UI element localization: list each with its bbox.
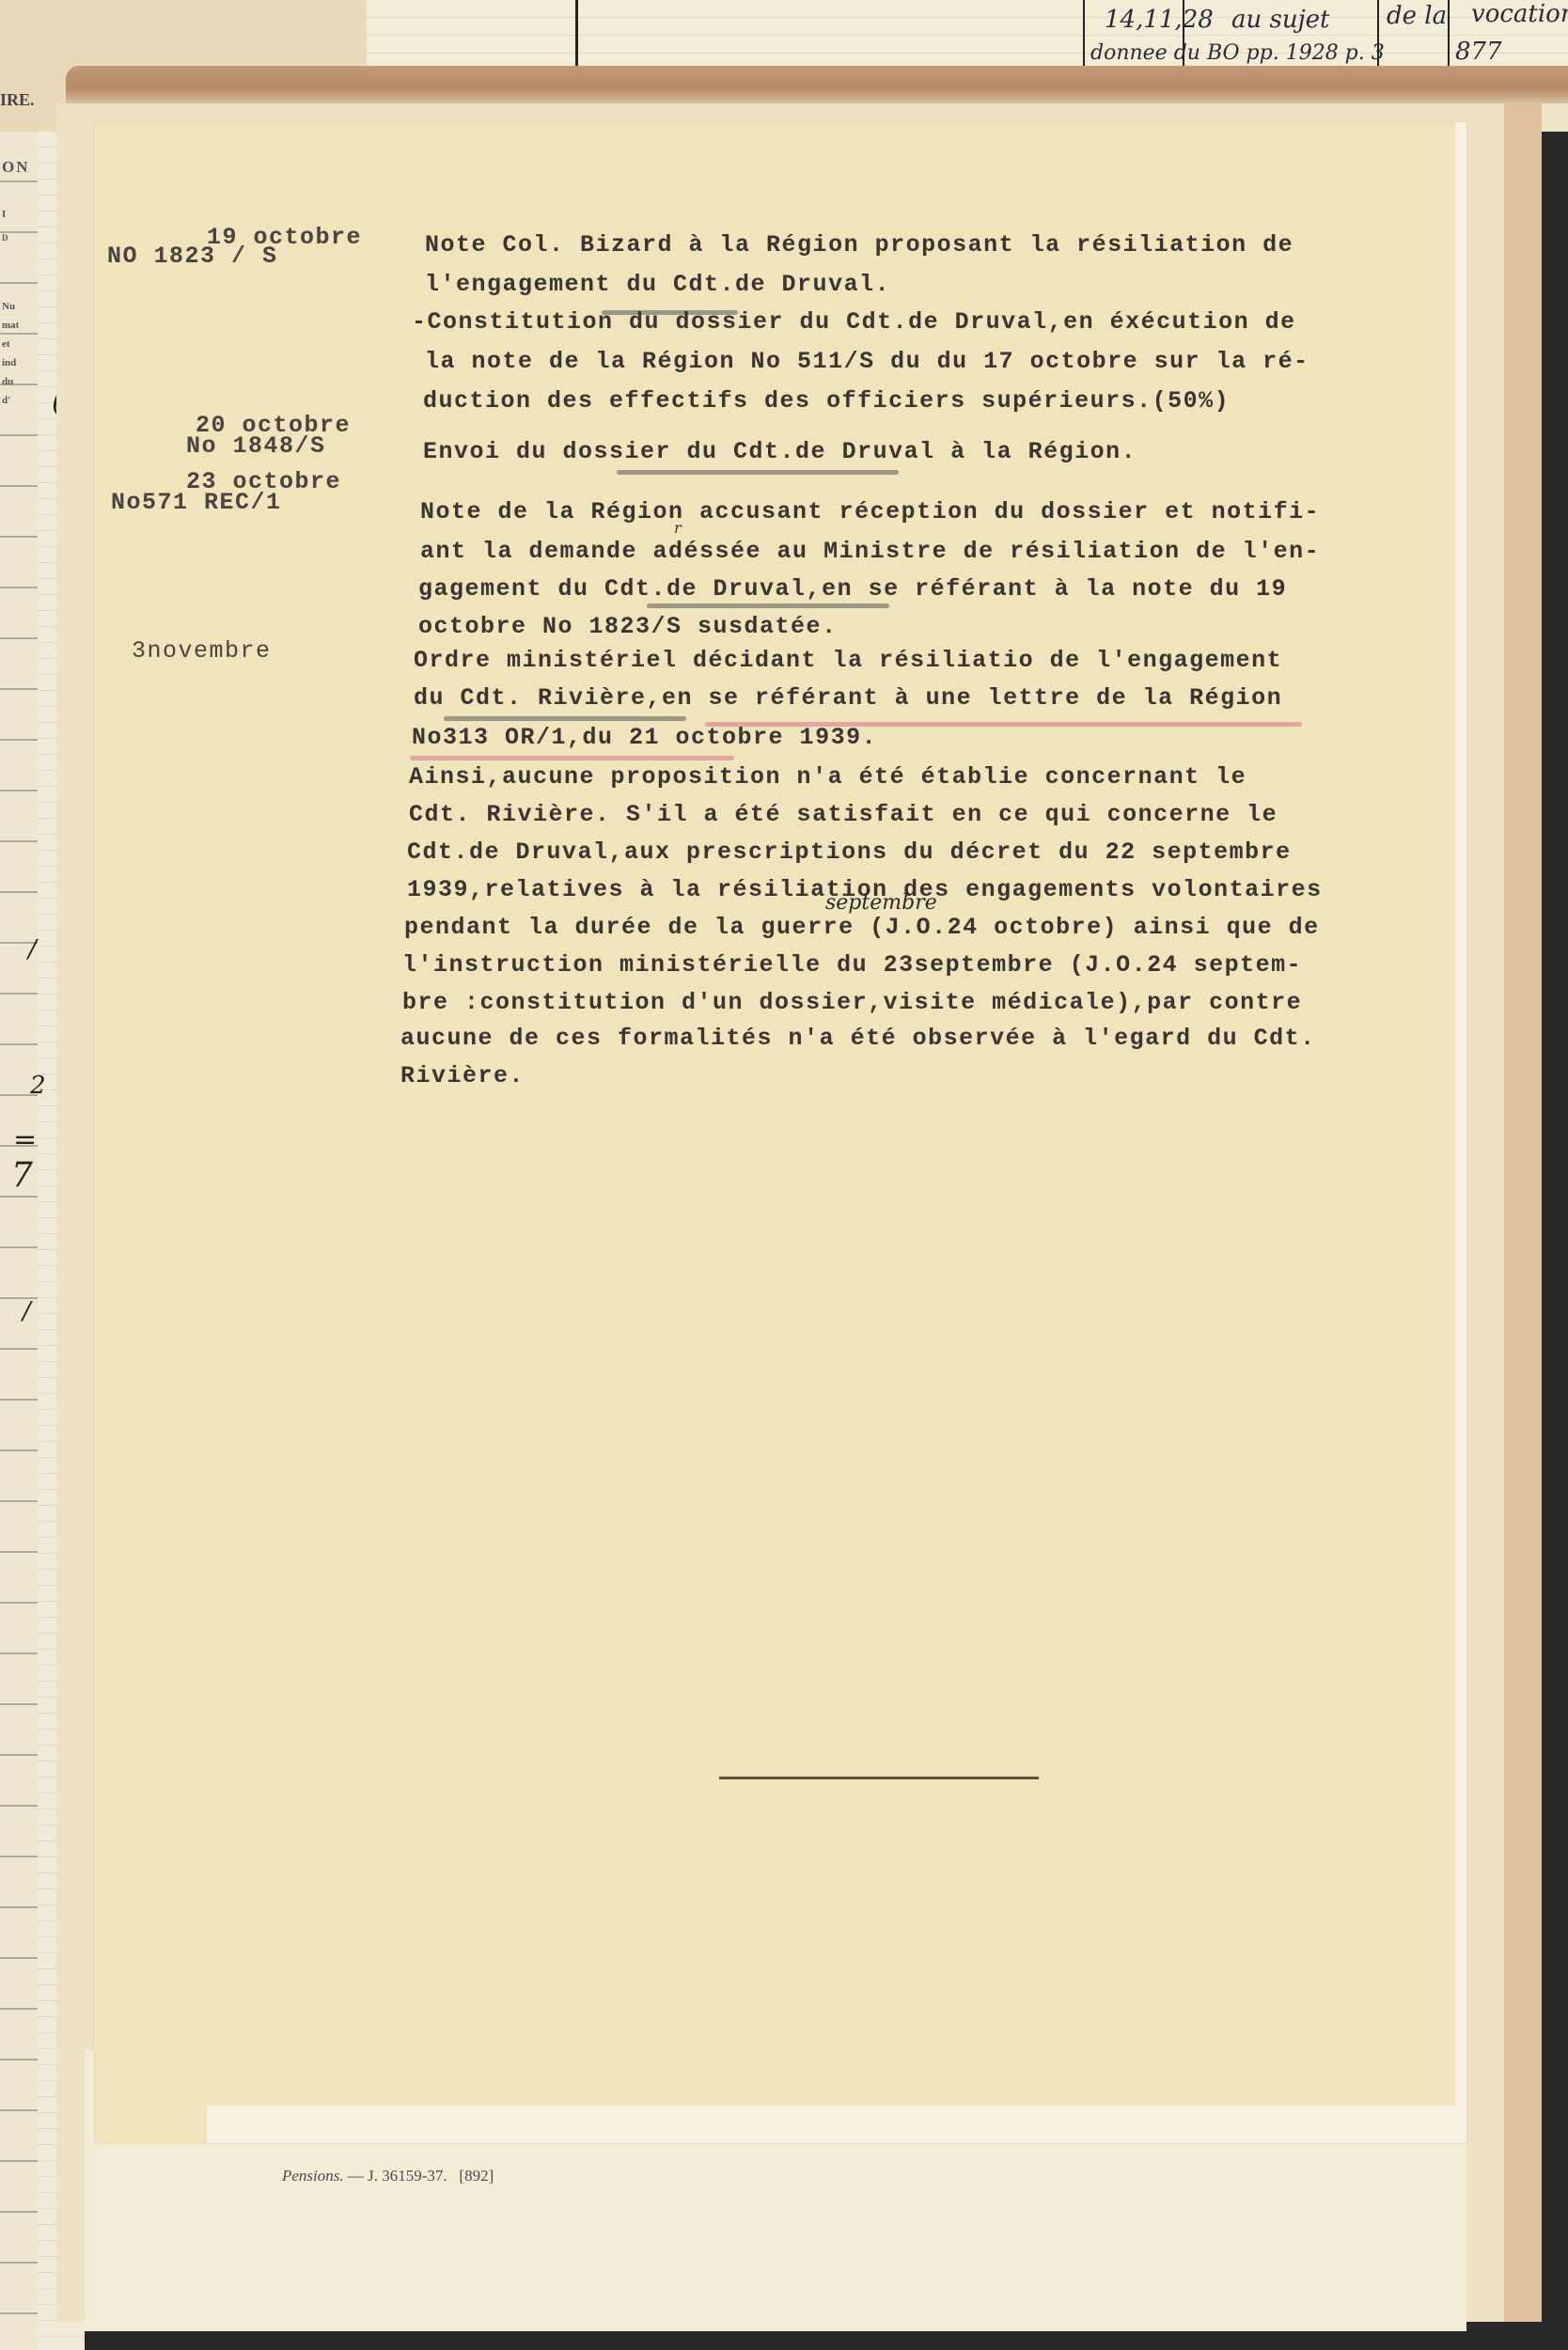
entry-line: Note Col. Bizard à la Région proposant l… (425, 231, 1294, 258)
entry-line: Note de la Région accusant réception du … (420, 498, 1320, 525)
ledger-handwriting: de la (1387, 2, 1447, 30)
left-margin-mark: = (13, 1123, 37, 1156)
conclusion-line: Cdt. Rivière. S'il a été satisfait en ce… (409, 801, 1278, 828)
left-form-text: mat (2, 318, 19, 333)
left-margin-mark: 7 (11, 1156, 33, 1195)
left-margin-mark: / (28, 935, 37, 963)
ledger-handwriting: donnee du BO pp. 1928 p. 3 (1090, 41, 1385, 65)
left-form-text: d' (2, 393, 10, 408)
pencil-underline (647, 603, 889, 608)
entry-line: du Cdt. Rivière,en se référant à une let… (414, 684, 1282, 712)
ledger-handwriting: vocation (1471, 0, 1568, 28)
printed-footer: Pensions. — J. 36159-37. [892] (282, 2167, 494, 2185)
entry-date: 3novembre (132, 637, 272, 665)
entry-line: ant la demande adéssée au Ministre de ré… (420, 538, 1320, 565)
sheet-edge (1455, 122, 1466, 2143)
left-form-text: I (2, 207, 6, 222)
entry-line: duction des effectifs des officiers supé… (423, 387, 1230, 415)
entry-line: l'engagement du Cdt.de Druval. (425, 271, 890, 298)
left-form-text: du (2, 374, 13, 389)
handwritten-insert: r (674, 519, 682, 537)
left-form-text: D (2, 230, 8, 245)
entry-line: Ordre ministériel décidant la résiliatio… (414, 647, 1282, 674)
ledger-handwriting: 14,11,28 (1105, 6, 1214, 34)
conclusion-line: bre :constitution d'un dossier,visite mé… (402, 989, 1302, 1016)
left-form-text: ind (2, 355, 16, 370)
entry-line: la note de la Région No 511/S du du 17 o… (425, 348, 1309, 375)
left-margin-mark: / (23, 1297, 31, 1325)
conclusion-line: Ainsi,aucune proposition n'a été établie… (409, 763, 1247, 791)
left-form-text: et (2, 337, 10, 352)
handwritten-correction: septembre (825, 891, 937, 915)
left-page-label: IRE. (0, 90, 35, 110)
ledger-handwriting: au sujet (1231, 6, 1330, 34)
pencil-underline (444, 716, 686, 721)
entry-reference: No 1848/S (186, 432, 326, 460)
typed-document-sheet: 19 octobre NO 1823 / S Note Col. Bizard … (94, 122, 1466, 2143)
sheet-edge (207, 2106, 1466, 2143)
left-form-text: Nu (2, 299, 15, 314)
conclusion-line: aucune de ces formalités n'a été observé… (400, 1025, 1316, 1052)
entry-line: -Constitution du dossier du Cdt.de Druva… (412, 308, 1296, 336)
entry-reference: No571 REC/1 (111, 489, 282, 516)
conclusion-line: Cdt.de Druval,aux prescriptions du décre… (407, 838, 1292, 866)
left-printed-form (0, 132, 38, 2350)
entry-line: No313 OR/1,du 21 octobre 1939. (412, 724, 877, 751)
conclusion-line: pendant la durée de la guerre (J.O.24 oc… (404, 914, 1320, 941)
footer-publisher: Pensions. (282, 2167, 344, 2185)
entry-line: Envoi du dossier du Cdt.de Druval à la R… (423, 438, 1137, 465)
entry-reference: NO 1823 / S (107, 243, 278, 270)
red-pencil-underline (410, 756, 734, 760)
conclusion-line: l'instruction ministérielle du 23septemb… (402, 951, 1302, 979)
footer-code: [892] (459, 2167, 494, 2185)
entry-line: octobre No 1823/S susdatée. (418, 613, 838, 640)
footer-reference: — J. 36159-37. (348, 2167, 447, 2185)
left-margin-mark: 2 (30, 1072, 46, 1100)
torn-paper-strip (66, 66, 1568, 103)
pencil-underline (617, 470, 899, 475)
entry-line: gagement du Cdt.de Druval,en se référant… (418, 575, 1287, 603)
left-form-text: ON (2, 160, 30, 175)
conclusion-line: Rivière. (400, 1062, 525, 1089)
ledger-handwriting: 877 (1455, 38, 1502, 66)
closing-separator-line (719, 1777, 1039, 1779)
